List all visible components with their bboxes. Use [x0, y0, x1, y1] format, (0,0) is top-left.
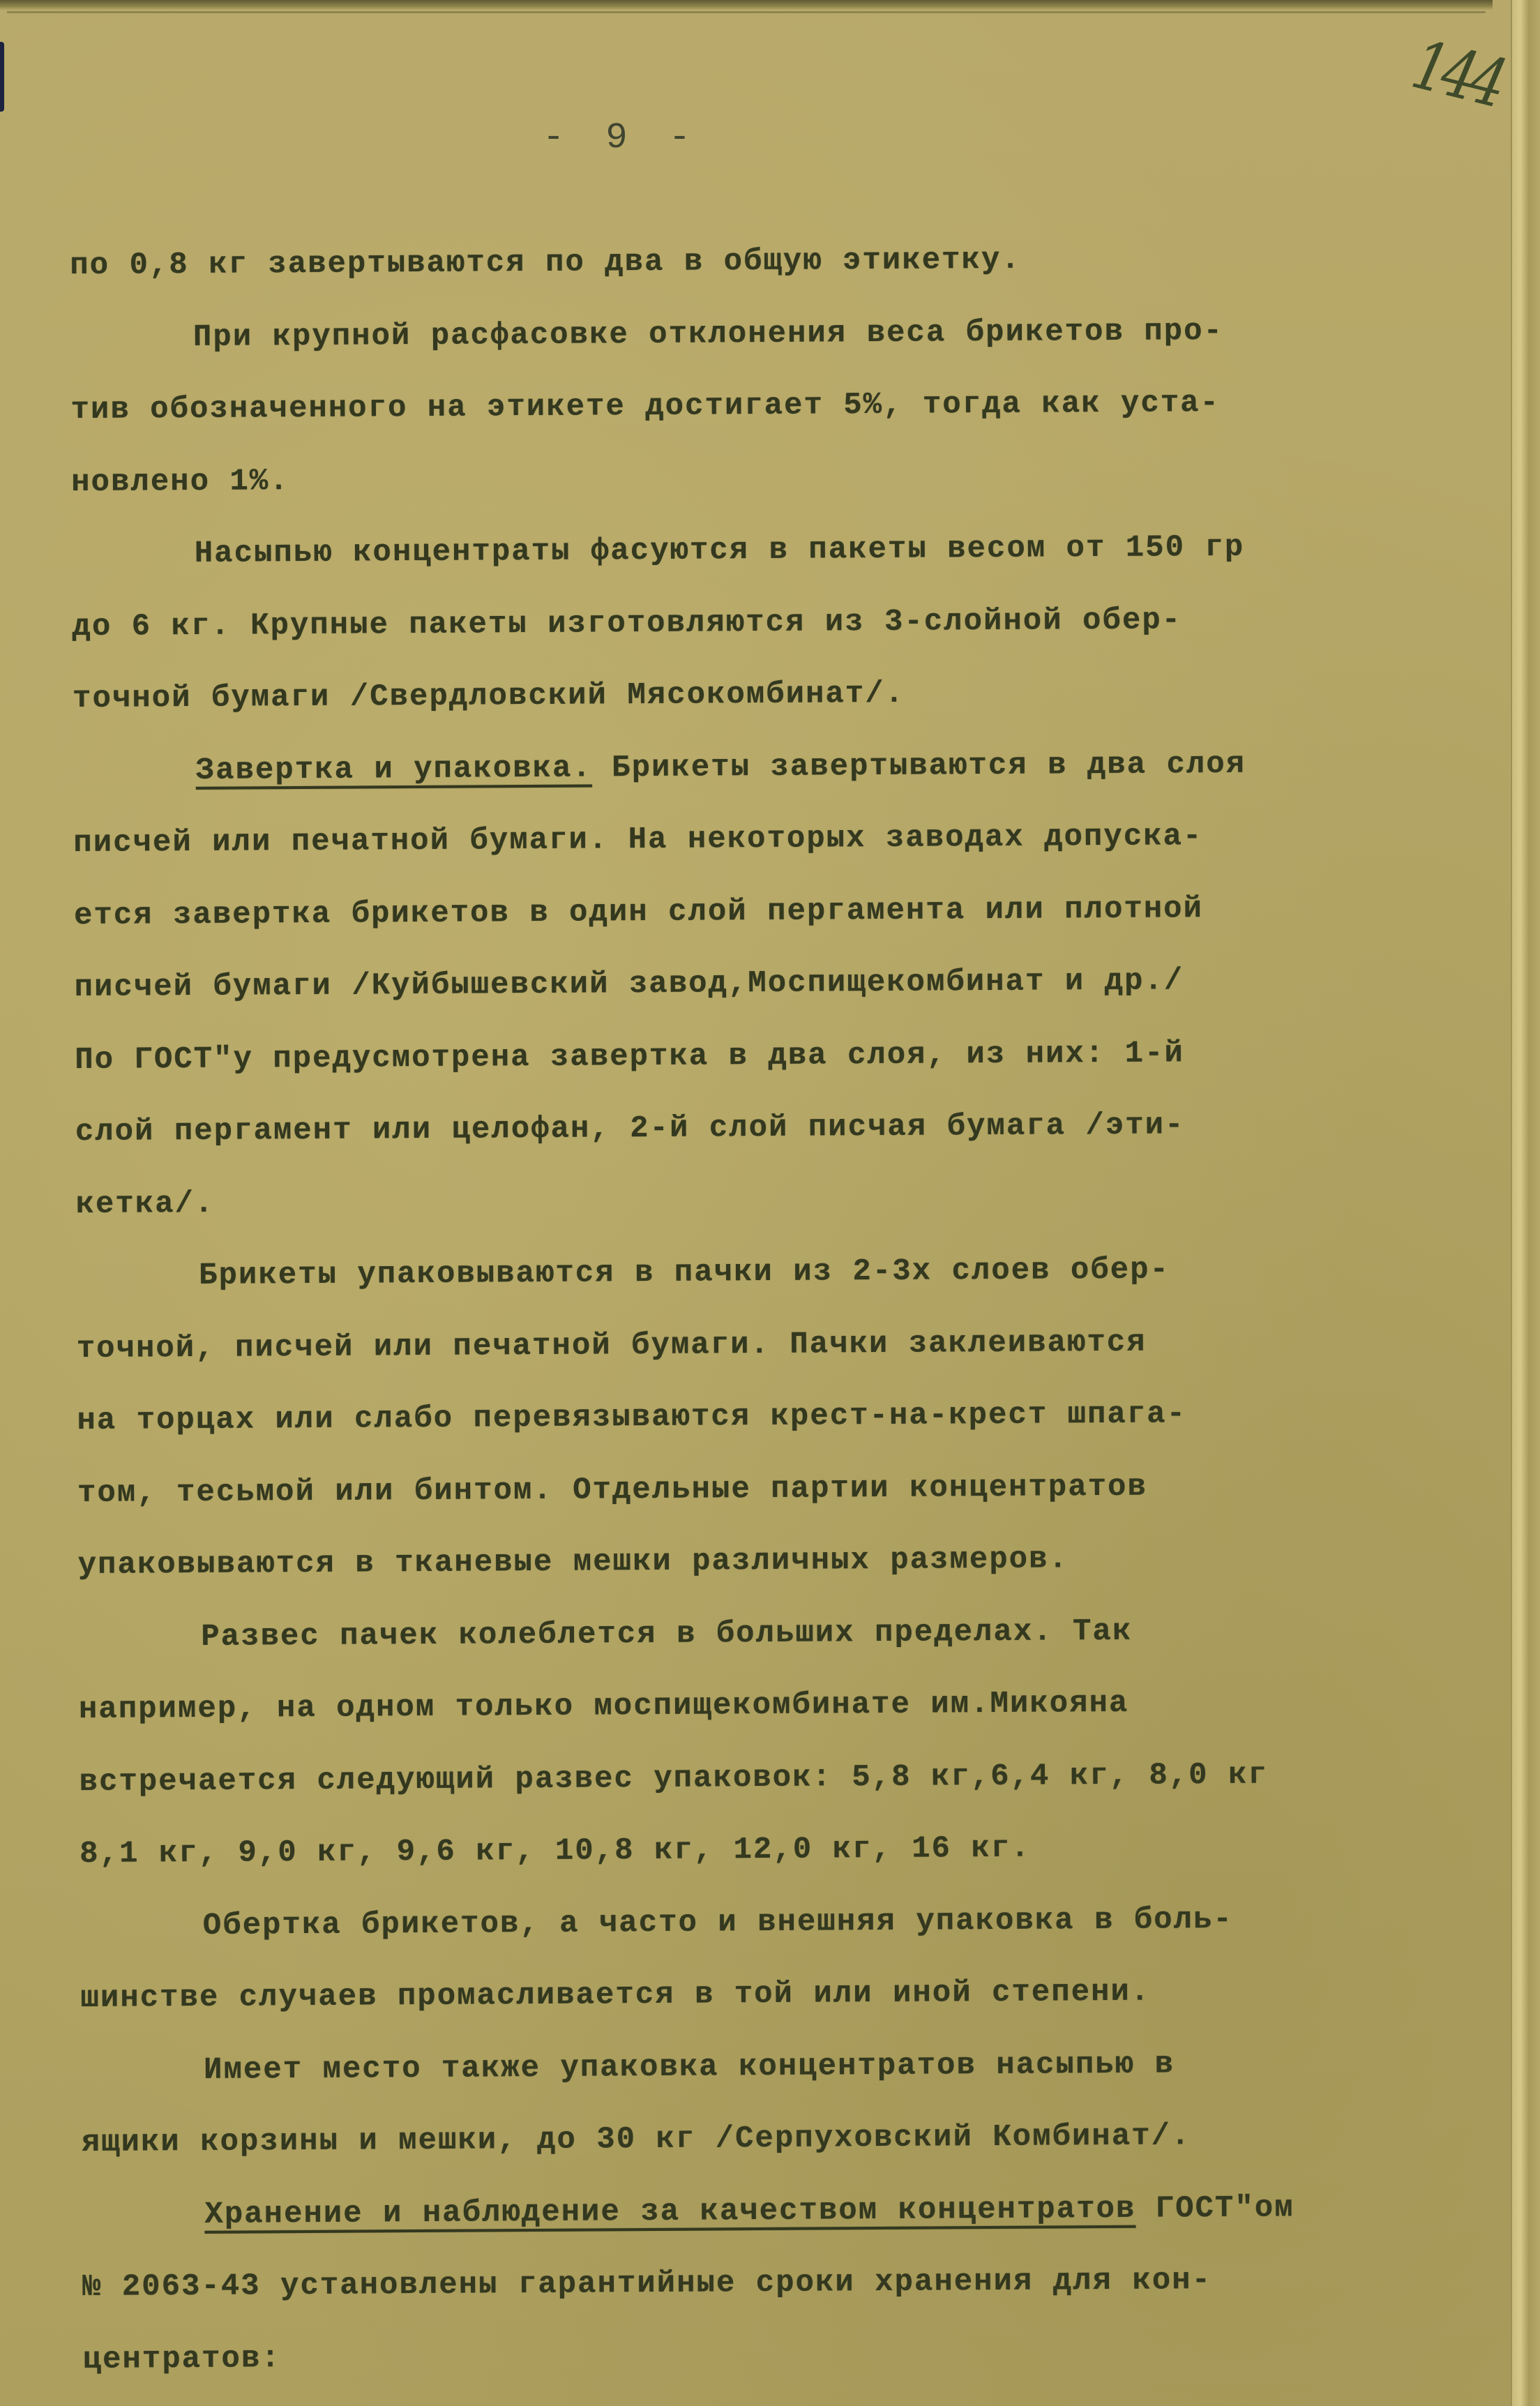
handwritten-folio-number: 144: [1405, 25, 1510, 122]
underlined-heading: Хранение и наблюдение за качеством конце…: [204, 2191, 1135, 2232]
text-line: слой пергамент или целофан, 2-й слой пис…: [75, 1088, 1499, 1169]
line-text: например, на одном только моспищекомбина…: [79, 1686, 1129, 1727]
text-line: Имеет место также упаковка концентратов …: [81, 2027, 1504, 2107]
binding-mark: [0, 42, 4, 112]
line-text: Брикеты завертываются в два слоя: [592, 746, 1246, 785]
text-line: писчей или печатной бумаги. На некоторых…: [73, 799, 1497, 880]
text-line: на торцах или слабо перевязываются крест…: [77, 1377, 1500, 1458]
text-line: По ГОСТ"у предусмотрена завертка в два с…: [75, 1016, 1498, 1097]
line-text: упаковываются в тканевые мешки различных…: [78, 1542, 1069, 1583]
line-text: встречается следующий развес упаковок: 5…: [79, 1757, 1268, 1799]
text-line: Хранение и наблюдение за качеством конце…: [82, 2171, 1505, 2252]
line-text: тив обозначенного на этикете достигает 5…: [70, 386, 1220, 428]
text-line: точной, писчей или печатной бумаги. Пачк…: [76, 1304, 1500, 1385]
text-line: Насыпью концентраты фасуются в пакеты ве…: [72, 511, 1495, 592]
text-line: ется завертка брикетов в один слой перга…: [74, 871, 1497, 952]
typewritten-body-text: по 0,8 кг завертываются по два в общую э…: [70, 222, 1506, 2396]
line-text: Развес пачек колеблется в больших предел…: [201, 1614, 1132, 1654]
line-text: ящики корзины и мешки, до 30 кг /Серпухо…: [82, 2119, 1191, 2160]
text-line: ящики корзины и мешки, до 30 кг /Серпухо…: [81, 2098, 1504, 2179]
text-line: до 6 кг. Крупные пакеты изготовляются из…: [72, 582, 1495, 663]
line-text: ется завертка брикетов в один слой перга…: [74, 892, 1203, 933]
text-line: кетка/.: [75, 1160, 1499, 1241]
text-line: упаковываются в тканевые мешки различных…: [77, 1521, 1501, 1602]
line-text: писчей бумаги /Куйбышевский завод,Моспищ…: [74, 963, 1184, 1005]
text-line: 8,1 кг, 9,0 кг, 9,6 кг, 10,8 кг, 12,0 кг…: [80, 1810, 1503, 1890]
page-right-edge: [1511, 0, 1540, 2406]
text-line: Завертка и упаковка. Брикеты завертывают…: [73, 727, 1496, 808]
line-text: При крупной расфасовке отклонения веса б…: [193, 313, 1223, 354]
text-line: Развес пачек колеблется в больших предел…: [78, 1593, 1502, 1674]
text-line: При крупной расфасовке отклонения веса б…: [70, 294, 1494, 375]
line-text: шинстве случаев промасливается в той или…: [80, 1975, 1150, 2016]
text-line: том, тесьмой или бинтом. Отдельные парти…: [77, 1449, 1501, 1530]
line-text: Обертка брикетов, а часто и внешняя упак…: [203, 1902, 1233, 1943]
line-text: Брикеты упаковываются в пачки из 2-3х сл…: [199, 1252, 1170, 1293]
page-top-rule: [7, 11, 1486, 13]
line-text: кетка/.: [75, 1186, 214, 1221]
text-line: № 2063-43 установлены гарантийные сроки …: [82, 2243, 1506, 2324]
line-text: Имеет место также упаковка концентратов …: [204, 2047, 1175, 2088]
line-text: Насыпью концентраты фасуются в пакеты ве…: [195, 530, 1245, 571]
line-text: по 0,8 кг завертываются по два в общую э…: [70, 243, 1021, 283]
text-line: точной бумаги /Свердловский Мясокомбинат…: [73, 655, 1496, 736]
text-line: новлено 1%.: [71, 438, 1495, 519]
line-text: до 6 кг. Крупные пакеты изготовляются из…: [72, 603, 1182, 645]
line-text: на торцах или слабо перевязываются крест…: [77, 1397, 1186, 1438]
page-top-edge: [0, 0, 1493, 10]
line-text: точной, писчей или печатной бумаги. Пачк…: [77, 1325, 1147, 1366]
line-text: центратов:: [82, 2341, 280, 2377]
underlined-heading: Завертка и упаковка.: [196, 751, 592, 788]
page-number: - 9 -: [543, 117, 700, 158]
line-text: писчей или печатной бумаги. На некоторых…: [73, 819, 1202, 861]
text-line: Обертка брикетов, а часто и внешняя упак…: [80, 1882, 1504, 1963]
line-text: слой пергамент или целофан, 2-й слой пис…: [75, 1108, 1185, 1150]
line-text: ГОСТ"ом: [1135, 2190, 1294, 2226]
text-line: встречается следующий развес упаковок: 5…: [79, 1738, 1502, 1819]
document-page: 144 - 9 - по 0,8 кг завертываются по два…: [0, 0, 1540, 2406]
line-text: том, тесьмой или бинтом. Отдельные парти…: [77, 1469, 1147, 1510]
text-line: писчей бумаги /Куйбышевский завод,Моспищ…: [74, 944, 1497, 1025]
line-text: новлено 1%.: [71, 464, 289, 500]
text-line: тив обозначенного на этикете достигает 5…: [70, 366, 1494, 447]
text-line: по 0,8 кг завертываются по два в общую э…: [70, 222, 1493, 303]
text-line: центратов:: [82, 2315, 1506, 2396]
line-text: По ГОСТ"у предусмотрена завертка в два с…: [75, 1036, 1184, 1078]
text-line: шинстве случаев промасливается в той или…: [80, 1954, 1504, 2035]
text-line: Брикеты упаковываются в пачки из 2-3х сл…: [76, 1233, 1500, 1314]
text-line: например, на одном только моспищекомбина…: [79, 1665, 1502, 1746]
line-text: точной бумаги /Свердловский Мясокомбинат…: [73, 677, 905, 716]
line-text: 8,1 кг, 9,0 кг, 9,6 кг, 10,8 кг, 12,0 кг…: [80, 1831, 1031, 1872]
line-text: № 2063-43 установлены гарантийные сроки …: [82, 2263, 1211, 2305]
